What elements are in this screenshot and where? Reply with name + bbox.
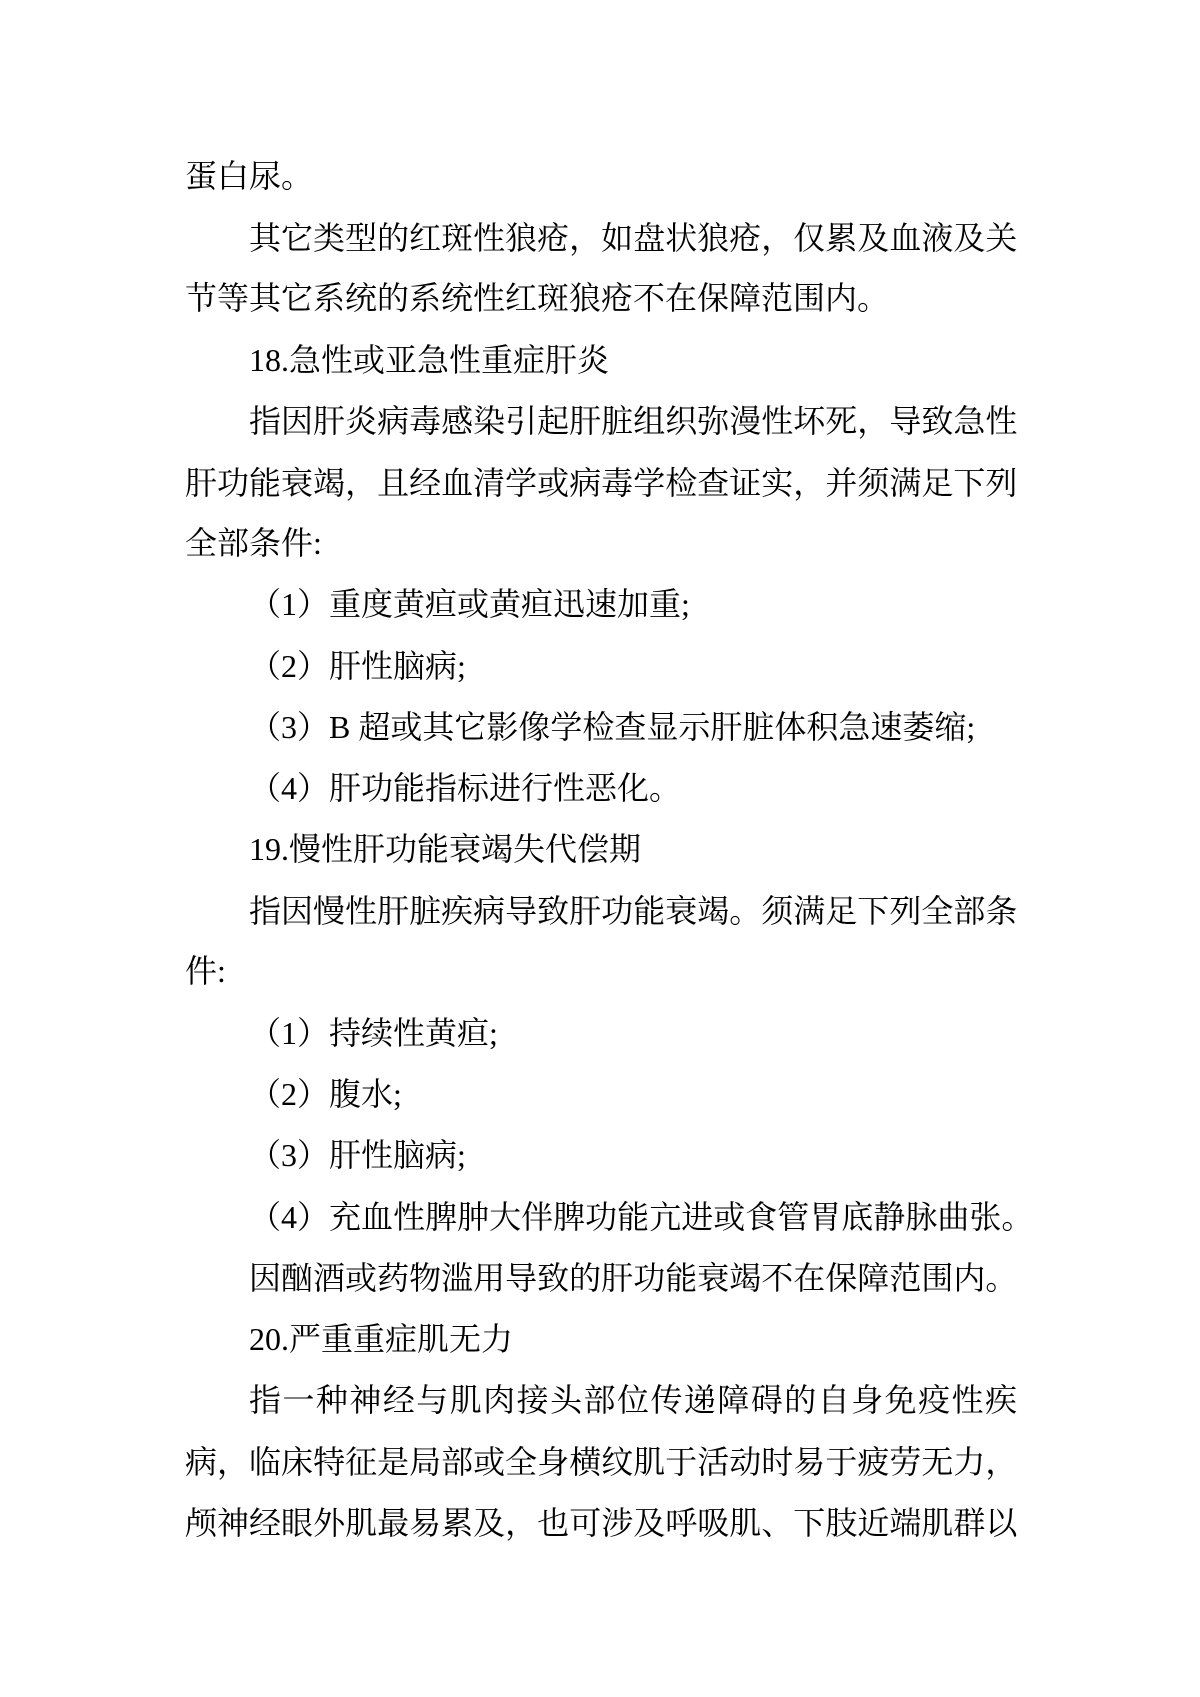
text-line: （3）B 超或其它影像学检查显示肝脏体积急速萎缩;	[185, 697, 1017, 758]
text-line: 病，临床特征是局部或全身横纹肌于活动时易于疲劳无力，	[185, 1431, 1017, 1492]
text-line: （2）腹水;	[185, 1064, 1017, 1125]
text-line: （2）肝性脑病;	[185, 636, 1017, 697]
text-line: 肝功能衰竭，且经血清学或病毒学检查证实，并须满足下列	[185, 452, 1017, 513]
text-line: 20.严重重症肌无力	[185, 1309, 1017, 1370]
text-line: 19.慢性肝功能衰竭失代偿期	[185, 819, 1017, 880]
text-line: 件:	[185, 941, 1017, 1002]
document-page: 蛋白尿。其它类型的红斑性狼疮，如盘状狼疮，仅累及血液及关节等其它系统的系统性红斑…	[0, 0, 1200, 1697]
text-line: 指一种神经与肌肉接头部位传递障碍的自身免疫性疾	[185, 1370, 1017, 1431]
text-line: 指因肝炎病毒感染引起肝脏组织弥漫性坏死，导致急性	[185, 391, 1017, 452]
text-line: 指因慢性肝脏疾病导致肝功能衰竭。须满足下列全部条	[185, 880, 1017, 941]
text-line: 其它类型的红斑性狼疮，如盘状狼疮，仅累及血液及关	[185, 207, 1017, 268]
text-line: 蛋白尿。	[185, 146, 1017, 207]
text-line: 颅神经眼外肌最易累及，也可涉及呼吸肌、下肢近端肌群以	[185, 1492, 1017, 1553]
text-line: （1）持续性黄疸;	[185, 1003, 1017, 1064]
text-line: 节等其它系统的系统性红斑狼疮不在保障范围内。	[185, 268, 1017, 329]
text-line: 因酗酒或药物滥用导致的肝功能衰竭不在保障范围内。	[185, 1247, 1017, 1308]
text-line: （1）重度黄疸或黄疸迅速加重;	[185, 574, 1017, 635]
text-line: （4）充血性脾肿大伴脾功能亢进或食管胃底静脉曲张。	[185, 1186, 1017, 1247]
text-line: （4）肝功能指标进行性恶化。	[185, 758, 1017, 819]
text-line: 全部条件:	[185, 513, 1017, 574]
text-line: （3）肝性脑病;	[185, 1125, 1017, 1186]
document-text-block: 蛋白尿。其它类型的红斑性狼疮，如盘状狼疮，仅累及血液及关节等其它系统的系统性红斑…	[185, 146, 1017, 1553]
text-line: 18.急性或亚急性重症肝炎	[185, 330, 1017, 391]
